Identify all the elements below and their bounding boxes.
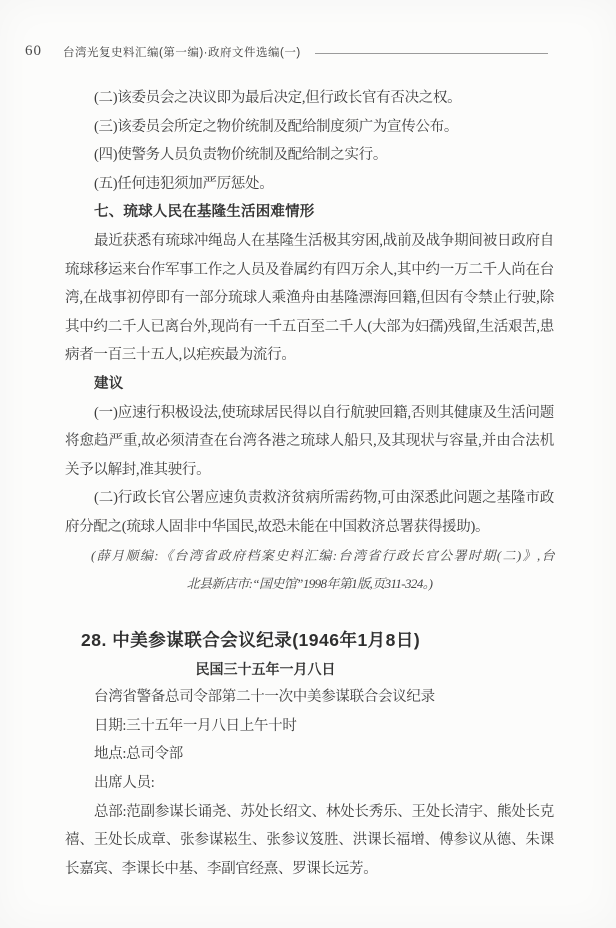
- document-page: 60 台湾光复史料汇编(第一编)·政府文件选编(一) (二)该委员会之决议即为最…: [0, 0, 616, 928]
- suggestion-item-2: (二)行政长官公署应速负责救济贫病所需药物,可由深悉此问题之基隆市政府分配之(琉…: [65, 484, 554, 541]
- header-rule: [315, 53, 548, 54]
- attendees-label: 出席人员:: [65, 769, 554, 798]
- running-header-title: 台湾光复史料汇编(第一编)·政府文件选编(一): [63, 44, 301, 60]
- page-number: 60: [25, 43, 42, 60]
- date-subheading: 民国三十五年一月八日: [65, 655, 554, 684]
- section-7-paragraph: 最近获悉有琉球冲绳岛人在基隆生活极其穷困,战前及战争期间被日政府自琉球移运来台作…: [65, 227, 554, 370]
- meeting-title-line: 台湾省警备总司令部第二十一次中美参谋联合会议纪录: [65, 683, 554, 712]
- section-28-heading: 28. 中美参谋联合会议纪录(1946年1月8日): [81, 625, 554, 655]
- section-7-heading: 七、琉球人民在基隆生活困难情形: [65, 198, 554, 227]
- citation-line-1: (薛月顺编:《台湾省政府档案史料汇编:台湾省行政长官公署时期(二)》,台: [65, 542, 554, 571]
- suggestions-heading: 建议: [65, 370, 554, 399]
- suggestion-item-1: (一)应速行积极设法,使琉球居民得以自行航驶回籍,否则其健康及生活问题将愈趋严重…: [65, 399, 554, 485]
- source-citation: (薛月顺编:《台湾省政府档案史料汇编:台湾省行政长官公署时期(二)》,台 北县新…: [65, 542, 554, 599]
- clause-item-4: (四)使警务人员负责物价统制及配给制之实行。: [65, 141, 554, 170]
- running-header: 60 台湾光复史料汇编(第一编)·政府文件选编(一): [25, 43, 548, 60]
- clause-item-2: (二)该委员会之决议即为最后决定,但行政长官有否决之权。: [65, 84, 554, 113]
- citation-line-2: 北县新店市:“国史馆”1998年第1版,页311-324。): [65, 570, 554, 599]
- clause-item-3: (三)该委员会所定之物价统制及配给制度须广为宣传公布。: [65, 113, 554, 142]
- clause-item-5: (五)任何违犯须加严厉惩处。: [65, 170, 554, 199]
- text-column: (二)该委员会之决议即为最后决定,但行政长官有否决之权。 (三)该委员会所定之物…: [65, 84, 554, 883]
- meeting-location-line: 地点:总司令部: [65, 740, 554, 769]
- attendees-paragraph: 总部:范副参谋长诵尧、苏处长绍文、林处长秀乐、王处长清宇、熊处长克禧、王处长成章…: [65, 798, 554, 884]
- meeting-date-line: 日期:三十五年一月八日上午十时: [65, 712, 554, 741]
